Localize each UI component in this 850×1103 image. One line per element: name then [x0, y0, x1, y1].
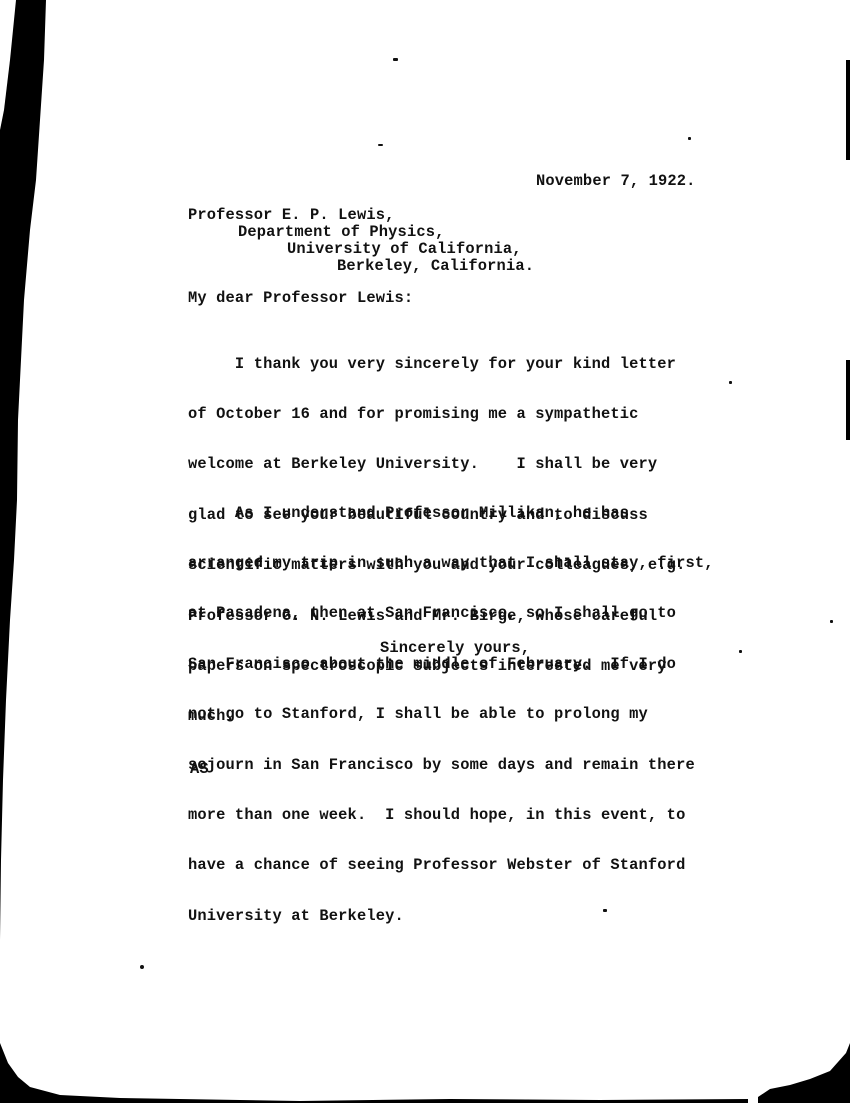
scan-speck	[688, 137, 691, 140]
salutation: My dear Professor Lewis:	[188, 290, 413, 307]
scanned-letter-page: November 7, 1922. Professor E. P. Lewis,…	[0, 0, 850, 1103]
paragraph-line: University at Berkeley.	[188, 908, 714, 925]
letter-date: November 7, 1922.	[536, 173, 696, 190]
scan-edge-left	[0, 0, 60, 1103]
paragraph-line: As I understand Professor Millikan, he h…	[188, 505, 714, 522]
paragraph-line: San Francisco about the middle of Februa…	[188, 656, 714, 673]
scan-edge-right	[846, 0, 850, 1103]
scan-speck	[140, 965, 144, 969]
scan-edge-bottom	[0, 1043, 850, 1103]
paragraph-line: arranged my trip in such a way that I sh…	[188, 555, 714, 572]
paragraph-line: at Pasadena, then at San Francisco, so I…	[188, 605, 714, 622]
sender-initials: AS	[190, 761, 209, 778]
paragraph-line: not go to Stanford, I shall be able to p…	[188, 706, 714, 723]
paragraph-line: have a chance of seeing Professor Webste…	[188, 857, 714, 874]
recipient-name: Professor E. P. Lewis,	[188, 207, 395, 224]
recipient-city: Berkeley, California.	[337, 258, 534, 275]
recipient-department: Department of Physics,	[238, 224, 445, 241]
scan-speck	[378, 144, 383, 146]
scan-speck	[393, 58, 398, 61]
paragraph-line: more than one week. I should hope, in th…	[188, 807, 714, 824]
paragraph-line: of October 16 and for promising me a sym…	[188, 406, 685, 423]
letter-closing: Sincerely yours,	[380, 640, 530, 657]
scan-speck	[729, 381, 732, 384]
paragraph-line: sojourn in San Francisco by some days an…	[188, 757, 714, 774]
recipient-institution: University of California,	[287, 241, 522, 258]
scan-speck	[830, 620, 833, 623]
letter-paragraph-2: As I understand Professor Millikan, he h…	[188, 471, 714, 958]
scan-speck	[739, 650, 742, 653]
paragraph-line: I thank you very sincerely for your kind…	[188, 356, 685, 373]
